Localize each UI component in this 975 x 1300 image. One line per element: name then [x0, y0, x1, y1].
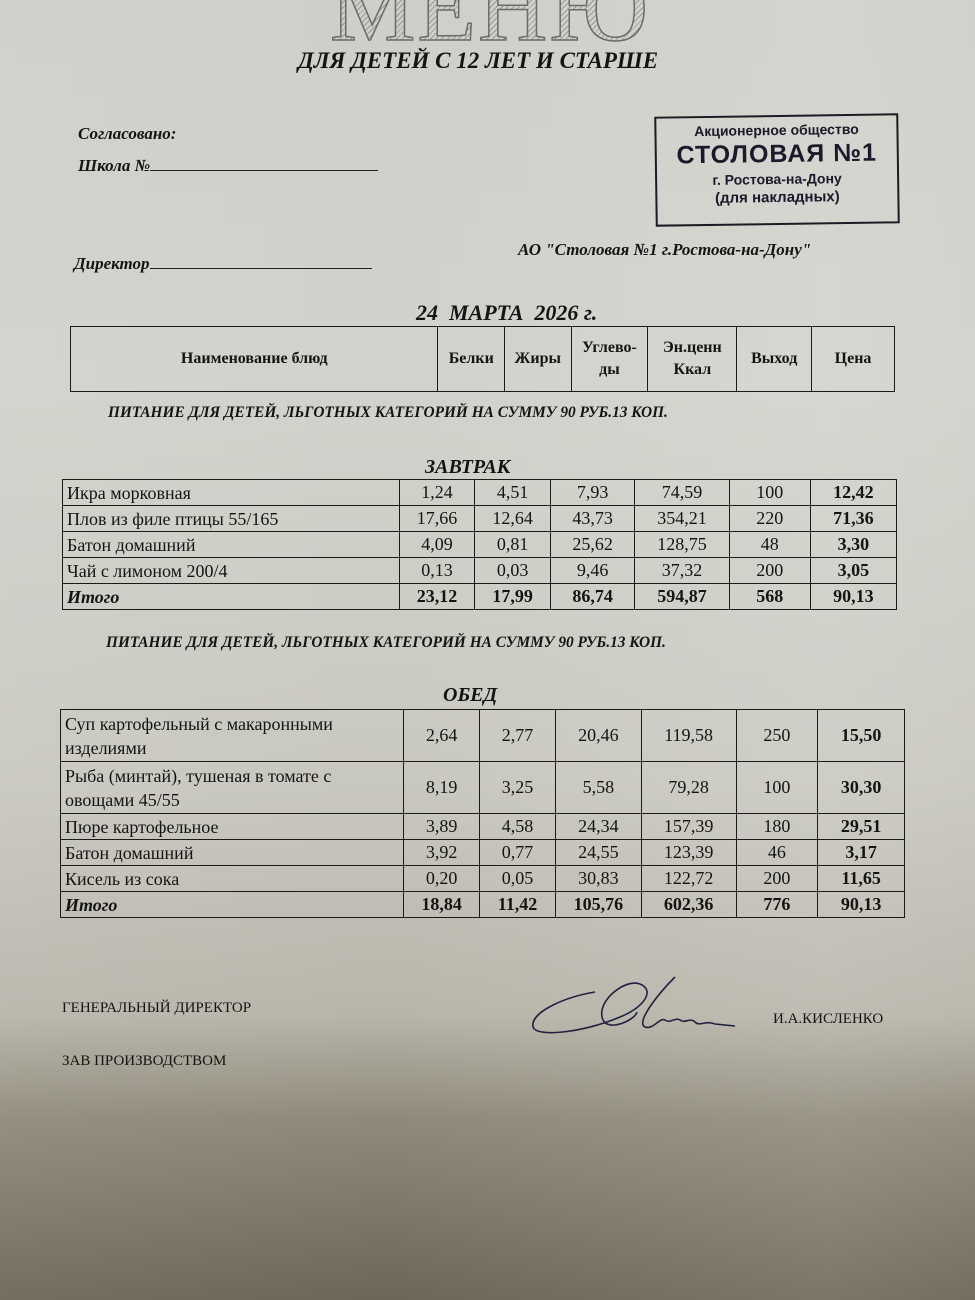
- cell-carbs: 86,74: [550, 584, 634, 610]
- cell-yield: 220: [729, 506, 810, 532]
- cell-fat: 3,25: [480, 762, 556, 814]
- cell-carbs: 24,55: [555, 840, 641, 866]
- cell-name: Чай с лимоном 200/4: [63, 558, 400, 584]
- signature: [525, 972, 745, 1047]
- cell-carbs: 105,76: [555, 892, 641, 918]
- cell-protein: 17,66: [399, 506, 475, 532]
- cell-name: Батон домашний: [63, 532, 400, 558]
- cell-fat: 12,64: [475, 506, 551, 532]
- col-fat: Жиры: [505, 327, 572, 392]
- cell-kcal: 602,36: [641, 892, 736, 918]
- table-row: Пюре картофельное3,894,5824,34157,391802…: [61, 814, 905, 840]
- cell-protein: 0,20: [404, 866, 480, 892]
- breakfast-table: Икра морковная1,244,517,9374,5910012,42П…: [62, 479, 897, 610]
- cell-price: 30,30: [818, 762, 905, 814]
- cell-kcal: 122,72: [641, 866, 736, 892]
- cell-fat: 4,58: [480, 814, 556, 840]
- cell-carbs: 20,46: [555, 710, 641, 762]
- cell-carbs: 5,58: [555, 762, 641, 814]
- column-header-table: Наименование блюд Белки Жиры Углево- ды …: [70, 326, 895, 392]
- cell-carbs: 30,83: [555, 866, 641, 892]
- signature-icon: [525, 972, 745, 1042]
- cell-kcal: 74,59: [635, 480, 729, 506]
- cell-name: Итого: [63, 584, 400, 610]
- cell-protein: 23,12: [399, 584, 475, 610]
- cell-carbs: 43,73: [550, 506, 634, 532]
- cell-fat: 0,77: [480, 840, 556, 866]
- cell-kcal: 119,58: [641, 710, 736, 762]
- cell-protein: 3,92: [404, 840, 480, 866]
- cell-price: 11,65: [818, 866, 905, 892]
- table-row: Кисель из сока0,200,0530,83122,7220011,6…: [61, 866, 905, 892]
- general-director-label: ГЕНЕРАЛЬНЫЙ ДИРЕКТОР: [62, 1000, 251, 1017]
- cell-name: Икра морковная: [63, 480, 400, 506]
- cell-kcal: 157,39: [641, 814, 736, 840]
- cell-kcal: 123,39: [641, 840, 736, 866]
- cell-price: 29,51: [818, 814, 905, 840]
- cell-yield: 180: [736, 814, 818, 840]
- cell-protein: 0,13: [399, 558, 475, 584]
- cell-name: Плов из филе птицы 55/165: [63, 506, 400, 532]
- school-underline: [150, 156, 378, 171]
- cell-name: Рыба (минтай), тушеная в томате с овощам…: [61, 762, 404, 814]
- cell-name: Батон домашний: [61, 840, 404, 866]
- cell-name: Суп картофельный с макаронными изделиями: [61, 710, 404, 762]
- production-head-label: ЗАВ ПРОИЗВОДСТВОМ: [62, 1053, 226, 1070]
- table-row: Рыба (минтай), тушеная в томате с овощам…: [61, 762, 905, 814]
- cell-name: Итого: [61, 892, 404, 918]
- cell-yield: 200: [729, 558, 810, 584]
- company-stamp: Акционерное общество СТОЛОВАЯ №1 г. Рост…: [654, 113, 900, 226]
- cell-fat: 11,42: [480, 892, 556, 918]
- cell-price: 71,36: [810, 506, 896, 532]
- col-yield: Выход: [737, 327, 812, 392]
- cell-yield: 568: [729, 584, 810, 610]
- director-underline: [150, 254, 372, 269]
- cell-kcal: 79,28: [641, 762, 736, 814]
- cell-carbs: 25,62: [550, 532, 634, 558]
- cell-name: Кисель из сока: [61, 866, 404, 892]
- lunch-table: Суп картофельный с макаронными изделиями…: [60, 709, 905, 918]
- table-row: Чай с лимоном 200/40,130,039,4637,322003…: [63, 558, 897, 584]
- stamp-line-3: г. Ростова-на-Дону: [657, 169, 897, 188]
- col-carbs: Углево- ды: [571, 327, 648, 392]
- cell-fat: 0,81: [475, 532, 551, 558]
- agreed-label: Согласовано:: [78, 124, 176, 144]
- cell-kcal: 37,32: [635, 558, 729, 584]
- director-field: Директор: [74, 254, 372, 274]
- stamp-line-1: Акционерное общество: [656, 120, 896, 139]
- cell-name: Пюре картофельное: [61, 814, 404, 840]
- stamp-line-2: СТОЛОВАЯ №1: [657, 138, 897, 170]
- cell-carbs: 7,93: [550, 480, 634, 506]
- cell-yield: 776: [736, 892, 818, 918]
- total-row: Итого18,8411,42105,76602,3677690,13: [61, 892, 905, 918]
- col-kcal: Эн.ценн Ккал: [648, 327, 737, 392]
- cell-carbs: 24,34: [555, 814, 641, 840]
- director-label: Директор: [74, 254, 150, 273]
- cell-price: 15,50: [818, 710, 905, 762]
- cell-fat: 4,51: [475, 480, 551, 506]
- cell-price: 90,13: [810, 584, 896, 610]
- subsidy-note-breakfast: ПИТАНИЕ ДЛЯ ДЕТЕЙ, ЛЬГОТНЫХ КАТЕГОРИЙ НА…: [108, 404, 668, 422]
- cell-yield: 100: [736, 762, 818, 814]
- section-title-breakfast: ЗАВТРАК: [425, 456, 510, 479]
- subsidy-note-lunch: ПИТАНИЕ ДЛЯ ДЕТЕЙ, ЛЬГОТНЫХ КАТЕГОРИЙ НА…: [106, 634, 666, 652]
- cell-protein: 1,24: [399, 480, 475, 506]
- cell-kcal: 354,21: [635, 506, 729, 532]
- cell-fat: 17,99: [475, 584, 551, 610]
- cell-fat: 2,77: [480, 710, 556, 762]
- table-row: Плов из филе птицы 55/16517,6612,6443,73…: [63, 506, 897, 532]
- general-director-name: И.А.КИСЛЕНКО: [773, 1011, 883, 1028]
- col-protein: Белки: [438, 327, 505, 392]
- cell-protein: 4,09: [399, 532, 475, 558]
- cell-yield: 48: [729, 532, 810, 558]
- table-row: Суп картофельный с макаронными изделиями…: [61, 710, 905, 762]
- col-price: Цена: [812, 327, 895, 392]
- cell-protein: 8,19: [404, 762, 480, 814]
- cell-yield: 100: [729, 480, 810, 506]
- school-field: Школа №: [78, 156, 378, 176]
- cell-protein: 18,84: [404, 892, 480, 918]
- school-label: Школа №: [78, 156, 150, 175]
- menu-subtitle: ДЛЯ ДЕТЕЙ С 12 ЛЕТ И СТАРШЕ: [298, 48, 658, 74]
- cell-yield: 46: [736, 840, 818, 866]
- cell-kcal: 594,87: [635, 584, 729, 610]
- cell-price: 90,13: [818, 892, 905, 918]
- cell-protein: 3,89: [404, 814, 480, 840]
- menu-date: 24 МАРТА 2026 г.: [416, 300, 597, 326]
- cell-protein: 2,64: [404, 710, 480, 762]
- cell-price: 3,05: [810, 558, 896, 584]
- table-row: Батон домашний4,090,8125,62128,75483,30: [63, 532, 897, 558]
- cell-price: 3,17: [818, 840, 905, 866]
- organization-name: АО "Столовая №1 г.Ростова-на-Дону": [518, 240, 811, 260]
- col-dish-name: Наименование блюд: [71, 327, 438, 392]
- cell-fat: 0,05: [480, 866, 556, 892]
- stamp-line-4: (для накладных): [657, 187, 897, 207]
- cell-fat: 0,03: [475, 558, 551, 584]
- table-row: Икра морковная1,244,517,9374,5910012,42: [63, 480, 897, 506]
- cell-kcal: 128,75: [635, 532, 729, 558]
- section-title-lunch: ОБЕД: [443, 684, 497, 707]
- cell-yield: 250: [736, 710, 818, 762]
- cell-carbs: 9,46: [550, 558, 634, 584]
- total-row: Итого23,1217,9986,74594,8756890,13: [63, 584, 897, 610]
- cell-price: 12,42: [810, 480, 896, 506]
- table-row: Батон домашний3,920,7724,55123,39463,17: [61, 840, 905, 866]
- cell-yield: 200: [736, 866, 818, 892]
- cell-price: 3,30: [810, 532, 896, 558]
